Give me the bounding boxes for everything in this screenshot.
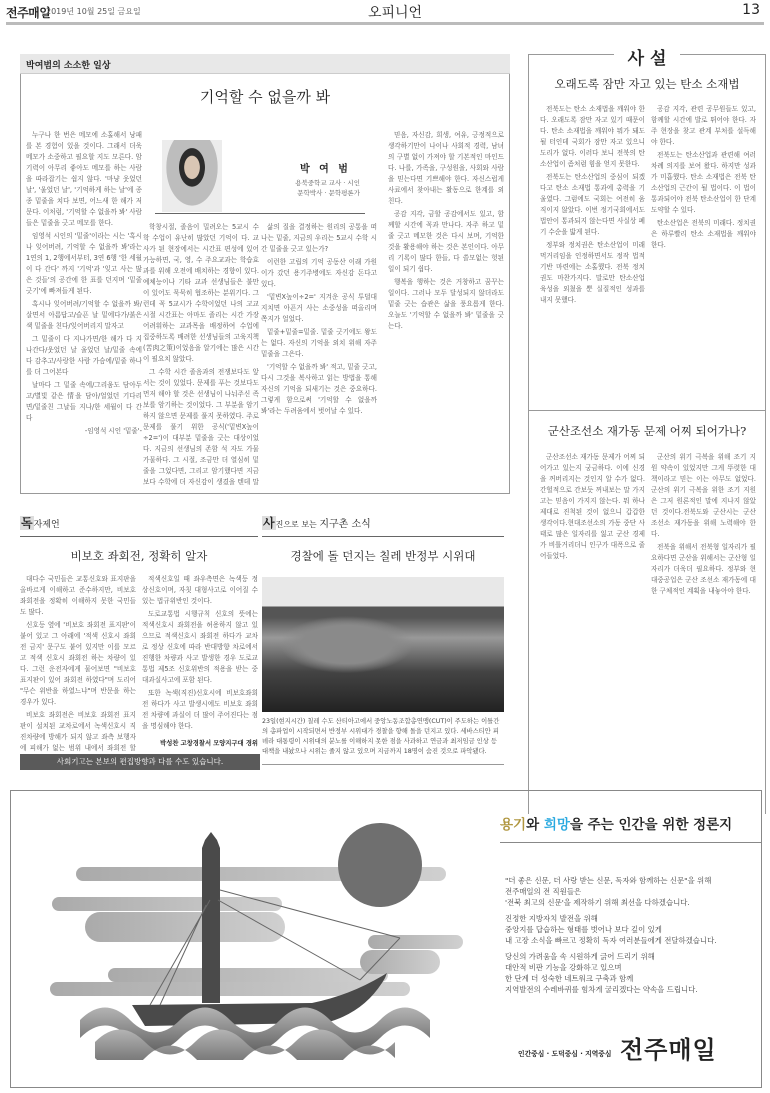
ad-line: "더 좋은 신문, 더 사랑 받는 신문, 독자와 함께하는 신문"을 위해 xyxy=(505,876,711,885)
paragraph: '기억할 수 없을까 봐' 적고, 밑줄 긋고, 다시 그것을 복사하고 읽는 … xyxy=(261,362,377,417)
ad-line: 중앙지를 답습하는 형태를 벗어나 보다 깊이 있게 xyxy=(505,925,662,934)
paragraph: 정부와 정치권은 탄소산업이 미래 먹거리임을 인정하면서도 정작 법적 기반 … xyxy=(540,240,645,306)
slogan-word-courage: 용기 xyxy=(500,817,526,833)
editorial-headline-1: 오래도록 잠만 자고 있는 탄소 소재법 xyxy=(528,76,766,92)
ad-paragraph: 진정한 지방자치 발전을 위해중앙지를 답습하는 형태를 벗어나 보다 깊이 있… xyxy=(505,913,760,946)
reader-voice-kicker: 독자제언 xyxy=(20,514,60,531)
paper-logo: 전주매일 xyxy=(6,4,50,21)
ad-line: 대안적 비판 기능을 강화하고 있으며 xyxy=(505,963,622,972)
disclaimer-banner: 사회기고는 본보의 편집방향과 다를 수도 있습니다. xyxy=(20,754,260,770)
ad-line: 지역발전의 수레바퀴를 힘차게 굴리겠다는 약속을 드립니다. xyxy=(505,985,698,994)
paragraph: 학창시절, 졸음이 밀려오는 5교시 수학 수업이 유난히 많았던 기억이 다.… xyxy=(143,222,259,365)
editorial-separator xyxy=(528,410,766,411)
paragraph: 누구나 한 번은 메모에 소홀해서 낭패를 본 경험이 있을 것이다. 그래서 … xyxy=(26,130,142,229)
photo-news-bottom-rule xyxy=(262,764,504,765)
column-body-col2: 학창시절, 졸음이 밀려오는 5교시 수학 수업이 유난히 많았던 기억이 다.… xyxy=(143,222,259,485)
editorial-2-col1: 군산조선소 재가동 문제가 어찌 되어가고 있는지 궁금하다. 이에 신경을 꺼… xyxy=(540,452,645,802)
author-title-line: 용북중학교 교사 · 시인 xyxy=(270,178,360,188)
author-photo xyxy=(162,140,222,212)
editorial-2-col2: 군산의 위기 극복을 위해 조기 지원 약속이 있었지만 그게 뚜렷한 대책이라… xyxy=(651,452,756,802)
paragraph: 군산의 위기 극복을 위해 조기 지원 약속이 있었지만 그게 뚜렷한 대책이라… xyxy=(651,452,756,540)
ad-line: 진정한 지방자치 발전을 위해 xyxy=(505,914,598,923)
paragraph: 신호등 옆에 '비보호 좌회전 표지판'이 붙어 있고 그 아래에 '적색 신호… xyxy=(20,620,136,708)
paragraph: 또한 녹색(직진)신호시에 비보호좌회전 하다가 사고 발생시에도 비보호 좌회… xyxy=(142,688,258,732)
kicker-rest: 지구촌 소식 xyxy=(319,519,370,530)
editorial-1-col1: 전북도는 탄소 소재법을 깨워야 한다. 오래도록 잠만 자고 있기 때문이다.… xyxy=(540,104,645,404)
paragraph: 이런한 고립의 기억 공동산 이래 가원이가 갔던 용기주병에도 자신감 돈다고… xyxy=(261,257,377,290)
author-name: 박 여 범 xyxy=(300,160,351,175)
kicker-initial: 독 xyxy=(20,516,34,530)
paragraph: 적색신호일 때 좌우측면은 녹색등 정상신호이며, 자칫 대형사고로 이어질 수… xyxy=(142,574,258,607)
paragraph: 그 수학 시간 졸음과의 전쟁보다도 앞서는 것이 있었다. 문제를 푸는 것보… xyxy=(143,367,259,485)
column-body-col1: 누구나 한 번은 메모에 소홀해서 낭패를 본 경험이 있을 것이다. 그래서 … xyxy=(26,130,142,485)
slogan-word-hope: 희망 xyxy=(544,817,570,833)
slogan-text: 와 xyxy=(526,817,544,833)
photo-news-title: 경찰에 돌 던지는 칠레 반정부 시위대 xyxy=(262,548,504,564)
paragraph: 전북도는 탄소산업과 관련해 여러 차례 의지를 보여 왔다. 하지만 성과가 … xyxy=(651,150,756,216)
poem-stanza: 날마다 그 밑줄 속에/그리움도 담아두고/별빛 같은 情을 담아/얼었던 기다… xyxy=(26,380,142,424)
reader-voice-col2: 적색신호일 때 좌우측면은 녹색등 정상신호이며, 자칫 대형사고로 이어질 수… xyxy=(142,574,258,736)
author-title: 용북중학교 교사 · 시인 문학박사 · 문학평론가 xyxy=(270,178,360,198)
ad-body: "더 좋은 신문, 더 사랑 받는 신문, 독자와 함께하는 신문"을 위해전주… xyxy=(505,875,760,1000)
ad-logo: 전주매일 xyxy=(620,1030,717,1065)
paragraph: 삶의 질을 결정하는 원리의 공통을 떠나는 밑줄, 지금의 우리는 5교시 수… xyxy=(261,222,377,255)
editorial-1-col2: 공감 지각, 관련 공무원들도 있고, 함께할 시간에 발로 뛰어야 한다. 자… xyxy=(651,104,756,404)
paragraph: 임영석 시인의 '밑줄'이라는 시는 '혹시나 잊어버려, 기억할 수 없을까 … xyxy=(26,231,142,297)
paragraph: '밑변X높이÷2=' 지겨운 공식 투덜대 지치면 아픈거 사는 소중성을 떠올… xyxy=(261,292,377,325)
slogan-text: 을 주는 인간을 위한 정론지 xyxy=(570,817,732,833)
ad-line: 전주매일의 전 직원들은 xyxy=(505,887,581,896)
photo-news-kicker: 사진으로 보는 지구촌 소식 xyxy=(262,514,371,531)
poem-stanza: 그 밑줄이 다 지나가면/한 해가 다 지나간다/웃었던 날 울었던 날/밑줄 … xyxy=(26,334,142,378)
column-body-col3: 삶의 질을 결정하는 원리의 공통을 떠나는 밑줄, 지금의 우리는 5교시 수… xyxy=(261,222,377,485)
photo-news-rule xyxy=(262,536,504,537)
paragraph: 행복을 행하는 것은 거창하고 꿈꾸는 일이다. 그러나 모두 달성되지 않더라… xyxy=(388,277,504,332)
kicker-initial: 사 xyxy=(262,516,276,530)
editorial-headline-2: 군산조선소 재가동 문제 어찌 되어가나? xyxy=(528,423,766,439)
paragraph: 대다수 국민들은 교통신호와 표지판을 올바르게 이해하고 준수하지만, 비보호… xyxy=(20,574,136,618)
kicker-small: 진으로 보는 xyxy=(276,520,320,529)
ad-paragraph: "더 좋은 신문, 더 사랑 받는 신문, 독자와 함께하는 신문"을 위해전주… xyxy=(505,875,760,908)
section-title: 오피니언 xyxy=(355,2,435,22)
reader-voice-title: 비보호 좌회전, 정확히 알자 xyxy=(20,548,258,564)
page-number: 13 xyxy=(742,2,760,18)
ad-slogan: 용기와 희망을 주는 인간을 위한 정론지 xyxy=(500,813,732,833)
author-title-line: 문학박사 · 문학평론가 xyxy=(270,188,360,198)
editorial-label: 사 설 xyxy=(614,49,681,69)
author-rule xyxy=(155,213,365,214)
kicker-rest: 자제언 xyxy=(34,520,60,530)
paragraph: 밑줄+밑줄=밑줄. 밑줄 긋기에도 왕도는 없다. 자신의 기억을 외치 위해 … xyxy=(261,327,377,360)
paragraph: 비보호 좌회전은 비보호 좌회전 표지판이 설치된 교차로에서 녹색신호시 직진… xyxy=(20,710,136,752)
paragraph: 공감 지각, 관련 공무원들도 있고, 함께할 시간에 발로 뛰어야 한다. 자… xyxy=(651,104,756,148)
ad-line: 내 고장 소식을 빠르고 정확히 독자 여러분들에게 전달하겠습니다. xyxy=(505,936,717,945)
ship-illustration-icon xyxy=(40,820,470,1060)
masthead: 전주매일 2019년 10월 25일 금요일 오피니언 13 xyxy=(0,0,770,24)
ad-line: 한 단계 더 성숙한 네트워크 구축과 함께 xyxy=(505,974,633,983)
ad-line: '전북 최고의 신문'을 제작하기 위해 최선을 다하겠습니다. xyxy=(505,898,690,907)
ad-tagline: 인간중심 · 도덕중심 · 지역중심 xyxy=(518,1048,611,1058)
paragraph: 공감 지각, 금할 공감에서도 있고, 함께할 시간에 꼭과 만나다. 자주 하… xyxy=(388,209,504,275)
paragraph: 도로교통법 시행규칙 신호의 뜻에는 적색신호시 좌회전을 허용하지 않고 있으… xyxy=(142,609,258,686)
column-kicker: 박여범의 소소한 일상 xyxy=(26,58,111,71)
ad-line: 당신의 가려움을 속 시원하게 긁어 드리기 위해 xyxy=(505,952,655,961)
paragraph: 전북도는 탄소산업의 중심이 되겠다고 탄소 소재법 통과에 총력을 기울였다.… xyxy=(540,172,645,238)
paragraph: 믿음, 자신감, 희생, 여유, 긍정적으로 생각하기만이 나이나 사회적 경력… xyxy=(388,130,504,207)
photo-caption: 23일(현지시간) 칠레 수도 산티아고에서 중앙노동조합총연맹(CUT)이 주… xyxy=(262,717,504,757)
reader-voice-col1: 대다수 국민들은 교통신호와 표지판을 올바르게 이해하고 준수하지만, 비보호… xyxy=(20,574,136,752)
reader-voice-rule xyxy=(20,536,258,537)
ad-rule xyxy=(500,842,762,843)
paragraph: 탄소산업은 전북의 미래다. 정치권은 하루빨리 탄소 소재법을 깨워야 한다. xyxy=(651,218,756,251)
ad-paragraph: 당신의 가려움을 속 시원하게 긁어 드리기 위해대안적 비판 기능을 강화하고… xyxy=(505,951,760,995)
poem-source: -임영석 시인 '밑줄'- xyxy=(26,426,142,437)
paragraph: 전북을 위해서 전북형 일자리가 필요하다면 군산을 위해서는 군산형 일자리가… xyxy=(651,542,756,597)
column-body-col4: 믿음, 자신감, 희생, 여유, 긍정적으로 생각하기만이 나이나 사회적 경력… xyxy=(388,130,504,485)
editorial-section-title: 사 설 xyxy=(528,44,766,69)
column-title: 기억할 수 없을까 봐 xyxy=(20,86,510,107)
paragraph: 전북도는 탄소 소재법을 깨워야 한다. 오래도록 잠만 자고 있기 때문이다.… xyxy=(540,104,645,170)
paragraph: 군산조선소 재가동 문제가 어찌 되어가고 있는지 궁금하다. 이에 신경을 꺼… xyxy=(540,452,645,562)
reader-voice-byline: 박성찬 고창경찰서 모양지구대 경위 xyxy=(142,738,258,747)
issue-date: 2019년 10월 25일 금요일 xyxy=(46,6,141,17)
poem-stanza: 혹시나 잊어버려/기억할 수 없을까 봐/ 살면서 아름답고/슬픈 날 밑에다가… xyxy=(26,299,142,332)
masthead-rule xyxy=(6,22,764,25)
protest-photo xyxy=(262,577,504,712)
